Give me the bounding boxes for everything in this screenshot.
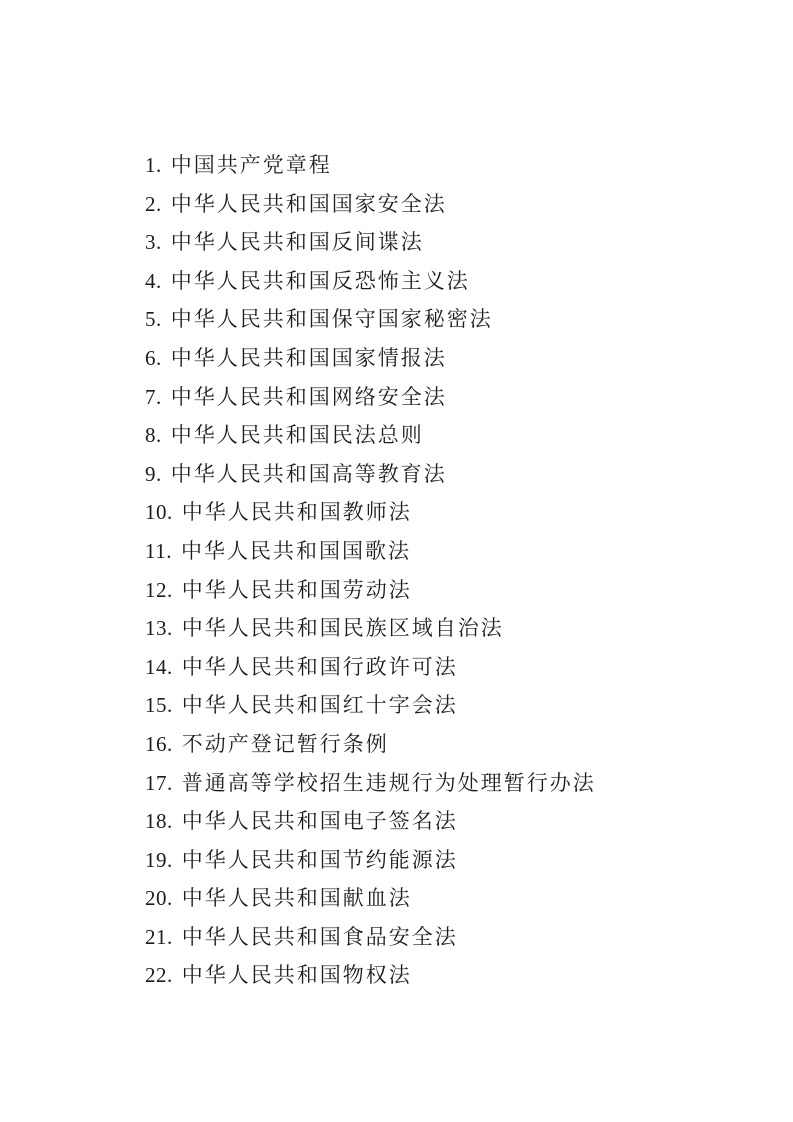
list-item-number: 13. bbox=[145, 616, 173, 640]
list-item-text: 中华人民共和国教师法 bbox=[182, 500, 412, 524]
list-item-number: 18. bbox=[145, 809, 173, 833]
list-item-number: 2. bbox=[145, 192, 162, 216]
list-item-number: 7. bbox=[145, 385, 162, 409]
list-item-number: 11. bbox=[145, 539, 172, 563]
list-item-text: 中华人民共和国电子签名法 bbox=[182, 809, 458, 833]
list-item-text: 中华人民共和国节约能源法 bbox=[182, 848, 458, 872]
list-item-text: 中华人民共和国献血法 bbox=[182, 886, 412, 910]
list-item: 2.中华人民共和国国家安全法 bbox=[145, 185, 703, 224]
list-item-text: 中华人民共和国国歌法 bbox=[181, 539, 411, 563]
list-item: 9.中华人民共和国高等教育法 bbox=[145, 455, 703, 494]
list-item-text: 中国共产党章程 bbox=[171, 153, 332, 177]
list-item-text: 中华人民共和国物权法 bbox=[182, 963, 412, 987]
list-item-number: 8. bbox=[145, 423, 162, 447]
list-item: 3.中华人民共和国反间谍法 bbox=[145, 223, 703, 262]
list-item-text: 中华人民共和国国家情报法 bbox=[171, 346, 447, 370]
list-item-number: 6. bbox=[145, 346, 162, 370]
list-item-text: 不动产登记暂行条例 bbox=[182, 732, 389, 756]
list-item-number: 19. bbox=[145, 848, 173, 872]
list-item-number: 20. bbox=[145, 886, 173, 910]
list-item: 4.中华人民共和国反恐怖主义法 bbox=[145, 262, 703, 301]
list-item-number: 12. bbox=[145, 578, 173, 602]
list-item-number: 15. bbox=[145, 693, 173, 717]
list-item-number: 17. bbox=[145, 771, 173, 795]
list-item-text: 中华人民共和国民族区域自治法 bbox=[182, 616, 504, 640]
list-item-text: 中华人民共和国网络安全法 bbox=[171, 385, 447, 409]
list-item-text: 中华人民共和国行政许可法 bbox=[182, 655, 458, 679]
list-item-text: 中华人民共和国劳动法 bbox=[182, 578, 412, 602]
list-item: 22.中华人民共和国物权法 bbox=[145, 956, 703, 995]
list-item-text: 中华人民共和国红十字会法 bbox=[182, 693, 458, 717]
list-item: 17.普通高等学校招生违规行为处理暂行办法 bbox=[145, 764, 703, 803]
list-item: 10.中华人民共和国教师法 bbox=[145, 493, 703, 532]
list-item: 6.中华人民共和国国家情报法 bbox=[145, 339, 703, 378]
list-item-number: 21. bbox=[145, 925, 173, 949]
list-item-number: 9. bbox=[145, 462, 162, 486]
list-item-number: 10. bbox=[145, 500, 173, 524]
list-item: 5.中华人民共和国保守国家秘密法 bbox=[145, 300, 703, 339]
list-item-text: 中华人民共和国民法总则 bbox=[171, 423, 424, 447]
list-item: 12.中华人民共和国劳动法 bbox=[145, 571, 703, 610]
list-item: 16.不动产登记暂行条例 bbox=[145, 725, 703, 764]
list-item: 11.中华人民共和国国歌法 bbox=[145, 532, 703, 571]
list-item: 18.中华人民共和国电子签名法 bbox=[145, 802, 703, 841]
list-item-text: 中华人民共和国高等教育法 bbox=[171, 462, 447, 486]
list-item: 8.中华人民共和国民法总则 bbox=[145, 416, 703, 455]
list-item: 20.中华人民共和国献血法 bbox=[145, 879, 703, 918]
list-item-number: 22. bbox=[145, 963, 173, 987]
list-item-text: 中华人民共和国国家安全法 bbox=[171, 192, 447, 216]
list-item: 21.中华人民共和国食品安全法 bbox=[145, 918, 703, 957]
list-item-number: 5. bbox=[145, 307, 162, 331]
list-item-number: 3. bbox=[145, 230, 162, 254]
document-page: 1.中国共产党章程2.中华人民共和国国家安全法3.中华人民共和国反间谍法4.中华… bbox=[0, 0, 793, 1122]
list-item-text: 普通高等学校招生违规行为处理暂行办法 bbox=[182, 771, 596, 795]
list-item-text: 中华人民共和国反间谍法 bbox=[171, 230, 424, 254]
list-item: 7.中华人民共和国网络安全法 bbox=[145, 378, 703, 417]
law-list: 1.中国共产党章程2.中华人民共和国国家安全法3.中华人民共和国反间谍法4.中华… bbox=[145, 146, 703, 995]
list-item-text: 中华人民共和国保守国家秘密法 bbox=[171, 307, 493, 331]
list-item-number: 14. bbox=[145, 655, 173, 679]
list-item: 19.中华人民共和国节约能源法 bbox=[145, 841, 703, 880]
list-item-number: 16. bbox=[145, 732, 173, 756]
list-item-text: 中华人民共和国食品安全法 bbox=[182, 925, 458, 949]
list-item: 13.中华人民共和国民族区域自治法 bbox=[145, 609, 703, 648]
list-item-text: 中华人民共和国反恐怖主义法 bbox=[171, 269, 470, 293]
list-item-number: 4. bbox=[145, 269, 162, 293]
list-item: 15.中华人民共和国红十字会法 bbox=[145, 686, 703, 725]
list-item-number: 1. bbox=[145, 153, 162, 177]
list-item: 1.中国共产党章程 bbox=[145, 146, 703, 185]
list-item: 14.中华人民共和国行政许可法 bbox=[145, 648, 703, 687]
